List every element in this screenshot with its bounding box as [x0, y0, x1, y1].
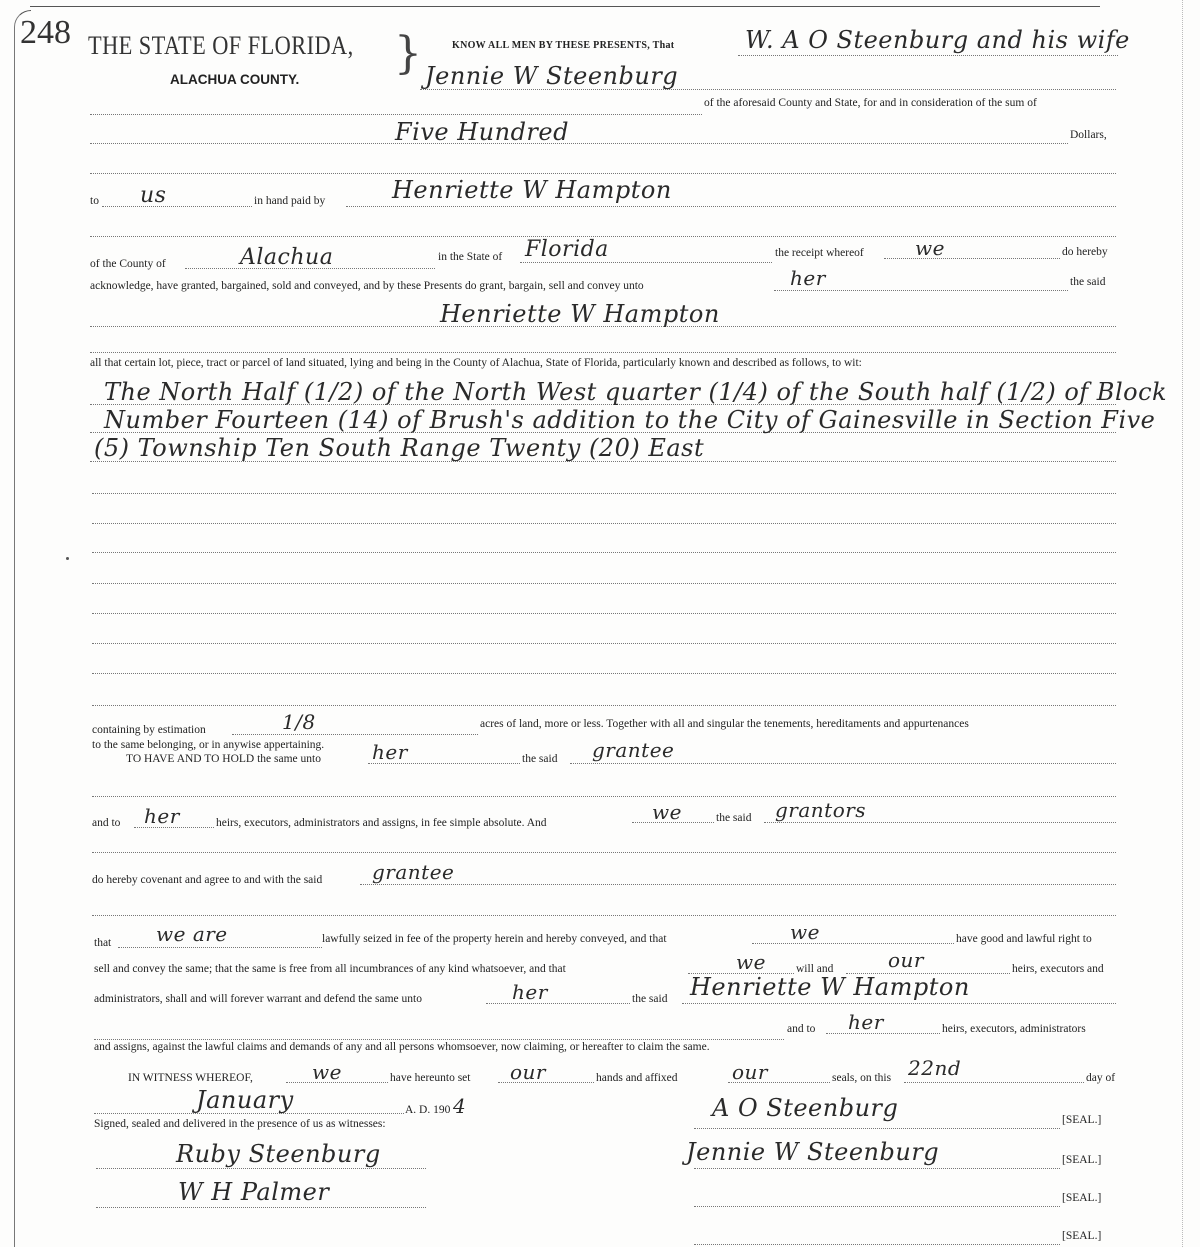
- seal-label-3: [SEAL.]: [1062, 1192, 1101, 1204]
- heirs-text: heirs, executors, administrators and ass…: [216, 816, 547, 830]
- fill-line: [118, 947, 322, 948]
- state-of-label: in the State of: [438, 250, 502, 264]
- signature-line: [694, 1168, 1060, 1169]
- fill-line: [570, 763, 1116, 764]
- fill-line: [232, 734, 478, 735]
- to-value: us: [140, 184, 166, 208]
- fill-line: [904, 1082, 1084, 1083]
- sell-line: sell and convey the same; that the same …: [94, 962, 566, 976]
- witness-line: [96, 1168, 426, 1169]
- amount-value: Five Hundred: [395, 120, 569, 144]
- that-label: that: [94, 936, 111, 950]
- warranty-the-said: the said: [632, 992, 667, 1006]
- do-hereby-label: do hereby: [1062, 245, 1108, 259]
- covenant-text: do hereby covenant and agree to and with…: [92, 873, 322, 887]
- fill-line: [764, 822, 1116, 823]
- assigns-line: and assigns, against the lawful claims a…: [94, 1040, 710, 1054]
- acknowledge-text: acknowledge, have granted, bargained, so…: [90, 279, 644, 293]
- signed-line: Signed, sealed and delivered in the pres…: [94, 1117, 386, 1131]
- seal-label-2: [SEAL.]: [1062, 1154, 1101, 1166]
- that-value: we are: [156, 922, 228, 946]
- brace-glyph: }: [394, 32, 422, 76]
- blank-line: [92, 613, 1116, 614]
- warranty-unto-value: her: [512, 980, 548, 1004]
- county-value: Alachua: [240, 246, 333, 270]
- grantors-line-2: Jennie W Steenburg: [425, 64, 678, 88]
- convey-unto-value: her: [790, 266, 826, 290]
- and-to-label: and to: [92, 816, 120, 830]
- grantee-name: Henriette W Hampton: [392, 178, 672, 202]
- warranty-and-to-value: her: [848, 1010, 884, 1034]
- state-title: THE STATE OF FLORIDA,: [88, 32, 354, 60]
- blank-line: [92, 552, 1116, 553]
- signature-line: [694, 1128, 1060, 1129]
- covenant-value: grantee: [372, 860, 454, 884]
- fill-line: [682, 1003, 1116, 1004]
- county-of-label: of the County of: [90, 257, 166, 271]
- fill-line: [520, 262, 772, 263]
- hereunto-text: have hereunto set: [390, 1071, 470, 1085]
- appertaining-text: to the same belonging, or in anywise app…: [92, 738, 324, 752]
- day-of-text: day of: [1086, 1071, 1115, 1085]
- year-digit: 4: [453, 1094, 466, 1118]
- blank-line: [92, 705, 1116, 706]
- receipt-value: we: [915, 236, 945, 260]
- witness-line: [96, 1207, 426, 1208]
- fill-line: [752, 943, 954, 944]
- page-border-top: [30, 6, 1100, 7]
- grantors-line-1: W. A O Steenburg and his wife: [745, 28, 1130, 52]
- fill-line: [90, 114, 702, 115]
- warranty-and-to: and to: [787, 1022, 815, 1036]
- fill-line: [486, 1003, 630, 1004]
- habendum-unto-value: her: [372, 740, 408, 764]
- acreage-value: 1/8: [282, 710, 316, 734]
- grantor-signature-2: Jennie W Steenburg: [686, 1140, 939, 1164]
- page-border-left: [14, 10, 31, 1247]
- page-edge-right: [1182, 0, 1183, 1247]
- and-to-value: her: [144, 804, 180, 828]
- fill-line: [90, 143, 1068, 144]
- heirs-admin-text: heirs, executors, administrators: [942, 1022, 1086, 1036]
- habendum-label: TO HAVE AND TO HOLD the same unto: [126, 752, 321, 766]
- dollars-label: Dollars,: [1070, 128, 1107, 142]
- fill-line: [102, 206, 252, 207]
- right-text: have good and lawful right to: [956, 932, 1092, 946]
- the-said-label: the said: [1070, 275, 1105, 289]
- state-value: Florida: [525, 238, 609, 262]
- blank-line: [92, 673, 1116, 674]
- witness-label: IN WITNESS WHEREOF,: [128, 1071, 253, 1085]
- fill-line: [360, 884, 1116, 885]
- aforesaid-text: of the aforesaid County and State, for a…: [704, 96, 1037, 110]
- acreage-label: containing by estimation: [92, 723, 206, 737]
- receipt-label: the receipt whereof: [775, 246, 864, 260]
- deed-page: 248 THE STATE OF FLORIDA, ALACHUA COUNTY…: [0, 0, 1200, 1247]
- intro-text: KNOW ALL MEN BY THESE PRESENTS, That: [452, 39, 674, 53]
- heirs-exec-text: heirs, executors and: [1012, 962, 1104, 976]
- blank-line: [92, 493, 1116, 494]
- ink-speck: [66, 557, 69, 560]
- seized-value: we: [790, 920, 820, 944]
- seal-label-4: [SEAL.]: [1062, 1230, 1101, 1242]
- habendum-the-said-2: the said: [716, 811, 751, 825]
- fill-line: [774, 290, 1068, 291]
- to-label: to: [90, 194, 99, 208]
- fill-line: [92, 915, 1116, 916]
- fill-line: [738, 55, 1118, 56]
- hands-text: hands and affixed: [596, 1071, 678, 1085]
- blank-line: [92, 523, 1116, 524]
- fill-line: [346, 206, 1116, 207]
- acreage-after: acres of land, more or less. Together wi…: [480, 717, 969, 731]
- page-number: 248: [20, 16, 71, 50]
- seals-text: seals, on this: [832, 1071, 891, 1085]
- fill-line: [90, 352, 1116, 353]
- paid-by-label: in hand paid by: [254, 194, 325, 208]
- habendum-the-said: the said: [522, 752, 557, 766]
- signature-line: [694, 1206, 1060, 1207]
- admin-line: administrators, shall and will forever w…: [94, 992, 422, 1006]
- fill-line: [92, 852, 1116, 853]
- warranty-said-value: Henriette W Hampton: [690, 975, 970, 999]
- seal-label-1: [SEAL.]: [1062, 1114, 1101, 1126]
- blank-line: [92, 643, 1116, 644]
- will-value: we: [736, 950, 766, 974]
- fill-line: [90, 173, 1116, 174]
- description-line-2: Number Fourteen (14) of Brush's addition…: [104, 408, 1155, 432]
- witness-signature-2: W H Palmer: [178, 1180, 329, 1204]
- grantor-signature-1: A O Steenburg: [712, 1096, 898, 1120]
- witness-our-value: our: [510, 1060, 546, 1084]
- and-value: we: [652, 800, 682, 824]
- seized-text: lawfully seized in fee of the property h…: [322, 932, 667, 946]
- ad-text: A. D. 190: [405, 1103, 450, 1117]
- fill-line: [884, 258, 1060, 259]
- grantors-value: grantors: [775, 798, 866, 822]
- witness-our2-value: our: [732, 1060, 768, 1084]
- description-line-1: The North Half (1/2) of the North West q…: [104, 380, 1167, 404]
- county-title: ALACHUA COUNTY.: [170, 72, 299, 87]
- signature-line: [694, 1244, 1060, 1245]
- grantee-repeat: Henriette W Hampton: [440, 302, 720, 326]
- witness-signature-1: Ruby Steenburg: [176, 1142, 381, 1166]
- day-value: 22nd: [908, 1056, 961, 1080]
- description-intro: all that certain lot, piece, tract or pa…: [90, 356, 862, 370]
- month-value: January: [196, 1088, 294, 1112]
- witness-we-value: we: [312, 1060, 342, 1084]
- habendum-said-value: grantee: [592, 738, 674, 762]
- our-value: our: [888, 948, 924, 972]
- description-line-3: (5) Township Ten South Range Twenty (20)…: [94, 436, 704, 460]
- blank-line: [92, 583, 1116, 584]
- fill-line: [92, 796, 1116, 797]
